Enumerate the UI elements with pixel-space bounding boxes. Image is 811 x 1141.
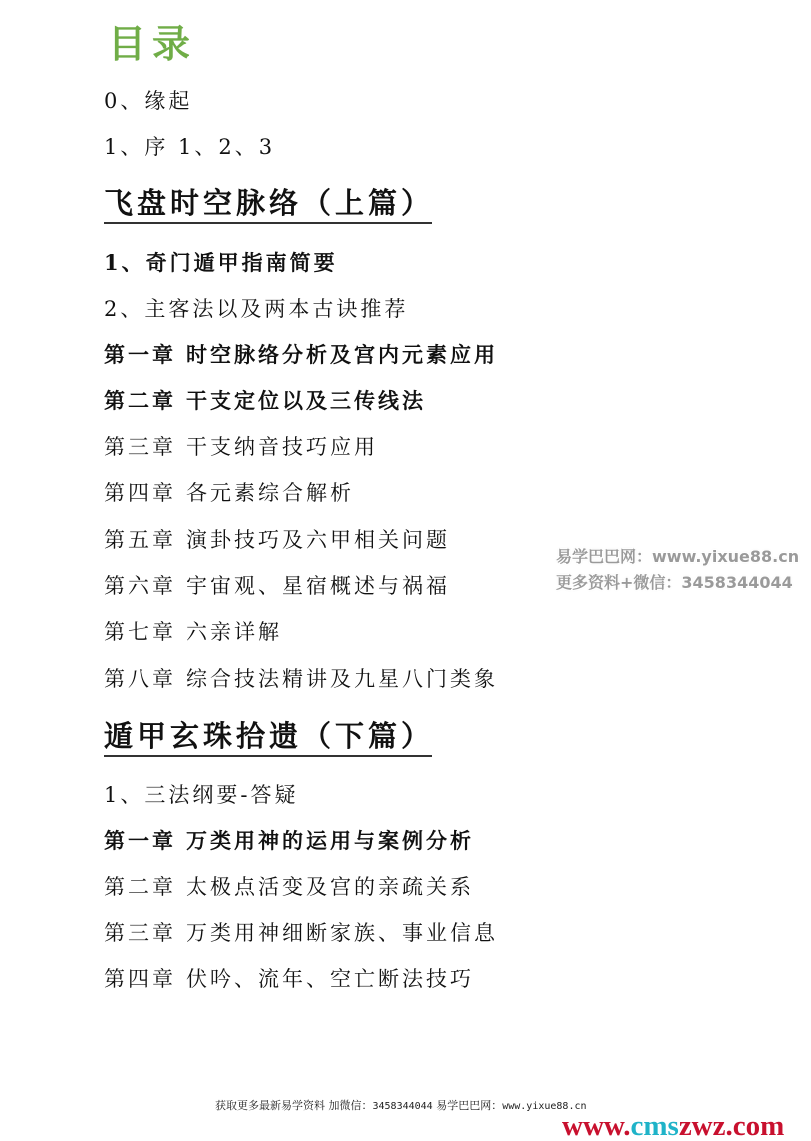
section-heading-part2[interactable]: 遁甲玄珠拾遗（下篇） — [104, 717, 432, 757]
item-label: 太极点活变及宫的亲疏关系 — [186, 875, 474, 899]
chapter-number: 第五章 — [104, 528, 176, 552]
chapter-number: 第六章 — [104, 574, 176, 598]
chapter-number: 第一章 — [104, 828, 176, 853]
item-label: 1、奇门遁甲指南简要 — [104, 250, 338, 275]
toc-item-origin[interactable]: 0、缘起 — [104, 86, 192, 116]
item-label: 万类用神细断家族、事业信息 — [186, 921, 498, 945]
brand-logo[interactable]: www.cmszwz.com — [562, 1111, 784, 1141]
toc-item[interactable]: 第七章六亲详解 — [104, 617, 282, 647]
toc-title: 目录 — [108, 20, 196, 68]
item-label: 2、主客法以及两本古诀推荐 — [104, 297, 408, 321]
chapter-number: 第二章 — [104, 875, 176, 899]
item-label: 六亲详解 — [186, 620, 282, 644]
toc-item[interactable]: 第五章演卦技巧及六甲相关问题 — [104, 525, 450, 555]
chapter-number: 第七章 — [104, 620, 176, 644]
item-label: 干支纳音技巧应用 — [186, 435, 378, 459]
item-label: 综合技法精讲及九星八门类象 — [186, 667, 498, 691]
footer-text: 获取更多最新易学资料 加微信： — [215, 1099, 373, 1112]
toc-item[interactable]: 第三章干支纳音技巧应用 — [104, 432, 378, 462]
toc-item[interactable]: 第一章万类用神的运用与案例分析 — [104, 826, 474, 856]
chapter-number: 第四章 — [104, 481, 176, 505]
chapter-number: 第三章 — [104, 921, 176, 945]
chapter-number: 第一章 — [104, 342, 176, 367]
brand-part: zwz — [679, 1110, 726, 1141]
brand-part: cms — [630, 1110, 678, 1141]
toc-item[interactable]: 1、三法纲要-答疑 — [104, 780, 298, 810]
item-label: 伏吟、流年、空亡断法技巧 — [186, 967, 474, 991]
toc-item[interactable]: 第八章综合技法精讲及九星八门类象 — [104, 664, 498, 694]
brand-part: .com — [726, 1110, 785, 1141]
toc-item[interactable]: 第一章时空脉络分析及宫内元素应用 — [104, 340, 498, 370]
toc-item[interactable]: 第四章各元素综合解析 — [104, 478, 354, 508]
chapter-number: 第八章 — [104, 667, 176, 691]
watermark-wechat: 更多资料+微信：3458344044 — [556, 572, 806, 594]
footer-wechat: 3458344044 — [373, 1101, 433, 1112]
chapter-number: 第三章 — [104, 435, 176, 459]
item-label: 各元素综合解析 — [186, 481, 354, 505]
toc-item[interactable]: 第四章伏吟、流年、空亡断法技巧 — [104, 964, 474, 994]
footer-text-site-label: 易学巴巴网： — [433, 1099, 503, 1112]
toc-item[interactable]: 1、奇门遁甲指南简要 — [104, 248, 338, 278]
chapter-number: 第四章 — [104, 967, 176, 991]
toc-item[interactable]: 第二章太极点活变及宫的亲疏关系 — [104, 872, 474, 902]
chapter-number: 第二章 — [104, 388, 176, 413]
toc-item[interactable]: 第三章万类用神细断家族、事业信息 — [104, 918, 498, 948]
item-label: 宇宙观、星宿概述与祸福 — [186, 574, 450, 598]
item-label: 1、三法纲要-答疑 — [104, 783, 298, 807]
toc-item[interactable]: 第二章干支定位以及三传线法 — [104, 386, 426, 416]
footer-note: 获取更多最新易学资料 加微信：3458344044 易学巴巴网：www.yixu… — [215, 1097, 587, 1113]
item-label: 万类用神的运用与案例分析 — [186, 828, 474, 853]
brand-part: www. — [562, 1110, 630, 1141]
section-heading-part1[interactable]: 飞盘时空脉络（上篇） — [104, 184, 432, 224]
item-label: 干支定位以及三传线法 — [186, 388, 426, 413]
item-label: 演卦技巧及六甲相关问题 — [186, 528, 450, 552]
toc-item-preface[interactable]: 1、序 1、2、3 — [104, 132, 275, 162]
toc-item[interactable]: 第六章宇宙观、星宿概述与祸福 — [104, 571, 450, 601]
item-label: 时空脉络分析及宫内元素应用 — [186, 342, 498, 367]
watermark-site: 易学巴巴网：www.yixue88.cn — [556, 546, 806, 568]
toc-item[interactable]: 2、主客法以及两本古诀推荐 — [104, 294, 408, 324]
